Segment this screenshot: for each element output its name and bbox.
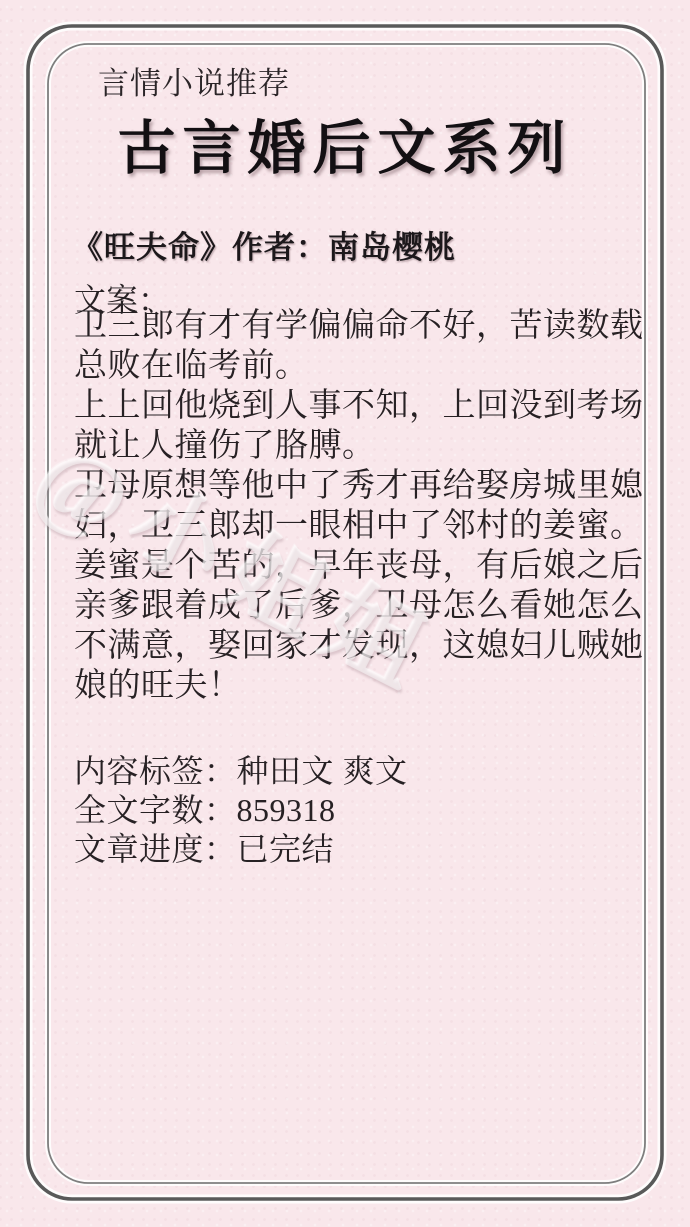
synopsis-line: 妇，卫三郎却一眼相中了邻村的姜蜜。	[74, 506, 630, 546]
book-title-author: 《旺夫命》作者：南岛樱桃	[72, 228, 456, 268]
synopsis-line: 上上回他烧到人事不知，上回没到考场	[74, 386, 630, 426]
synopsis-line: 姜蜜是个苦的，早年丧母，有后娘之后	[74, 546, 630, 586]
page-title: 古言婚后文系列	[0, 112, 690, 186]
synopsis-line: 卫母原想等他中了秀才再给娶房城里媳	[74, 466, 630, 506]
page-background: { "page": { "background_color": "#f9e7eb…	[0, 0, 690, 1227]
meta-line-status: 文章进度：已完结	[74, 830, 614, 869]
synopsis-line: 卫三郎有才有学偏偏命不好，苦读数载	[74, 306, 630, 346]
synopsis-line: 娘的旺夫！	[74, 666, 630, 706]
meta-line-tags: 内容标签：种田文 爽文	[74, 752, 614, 791]
synopsis-line: 总败在临考前。	[74, 346, 630, 386]
synopsis-block: 卫三郎有才有学偏偏命不好，苦读数载 总败在临考前。 上上回他烧到人事不知，上回没…	[74, 306, 630, 706]
synopsis-line: 就让人撞伤了胳膊。	[74, 426, 630, 466]
meta-line-wordcount: 全文字数：859318	[74, 791, 614, 830]
synopsis-line: 不满意，娶回家才发现，这媳妇儿贼她	[74, 626, 630, 666]
category-label: 言情小说推荐	[98, 66, 290, 102]
meta-block: 内容标签：种田文 爽文 全文字数：859318 文章进度：已完结	[74, 752, 614, 869]
synopsis-line: 亲爹跟着成了后爹，卫母怎么看她怎么	[74, 586, 630, 626]
